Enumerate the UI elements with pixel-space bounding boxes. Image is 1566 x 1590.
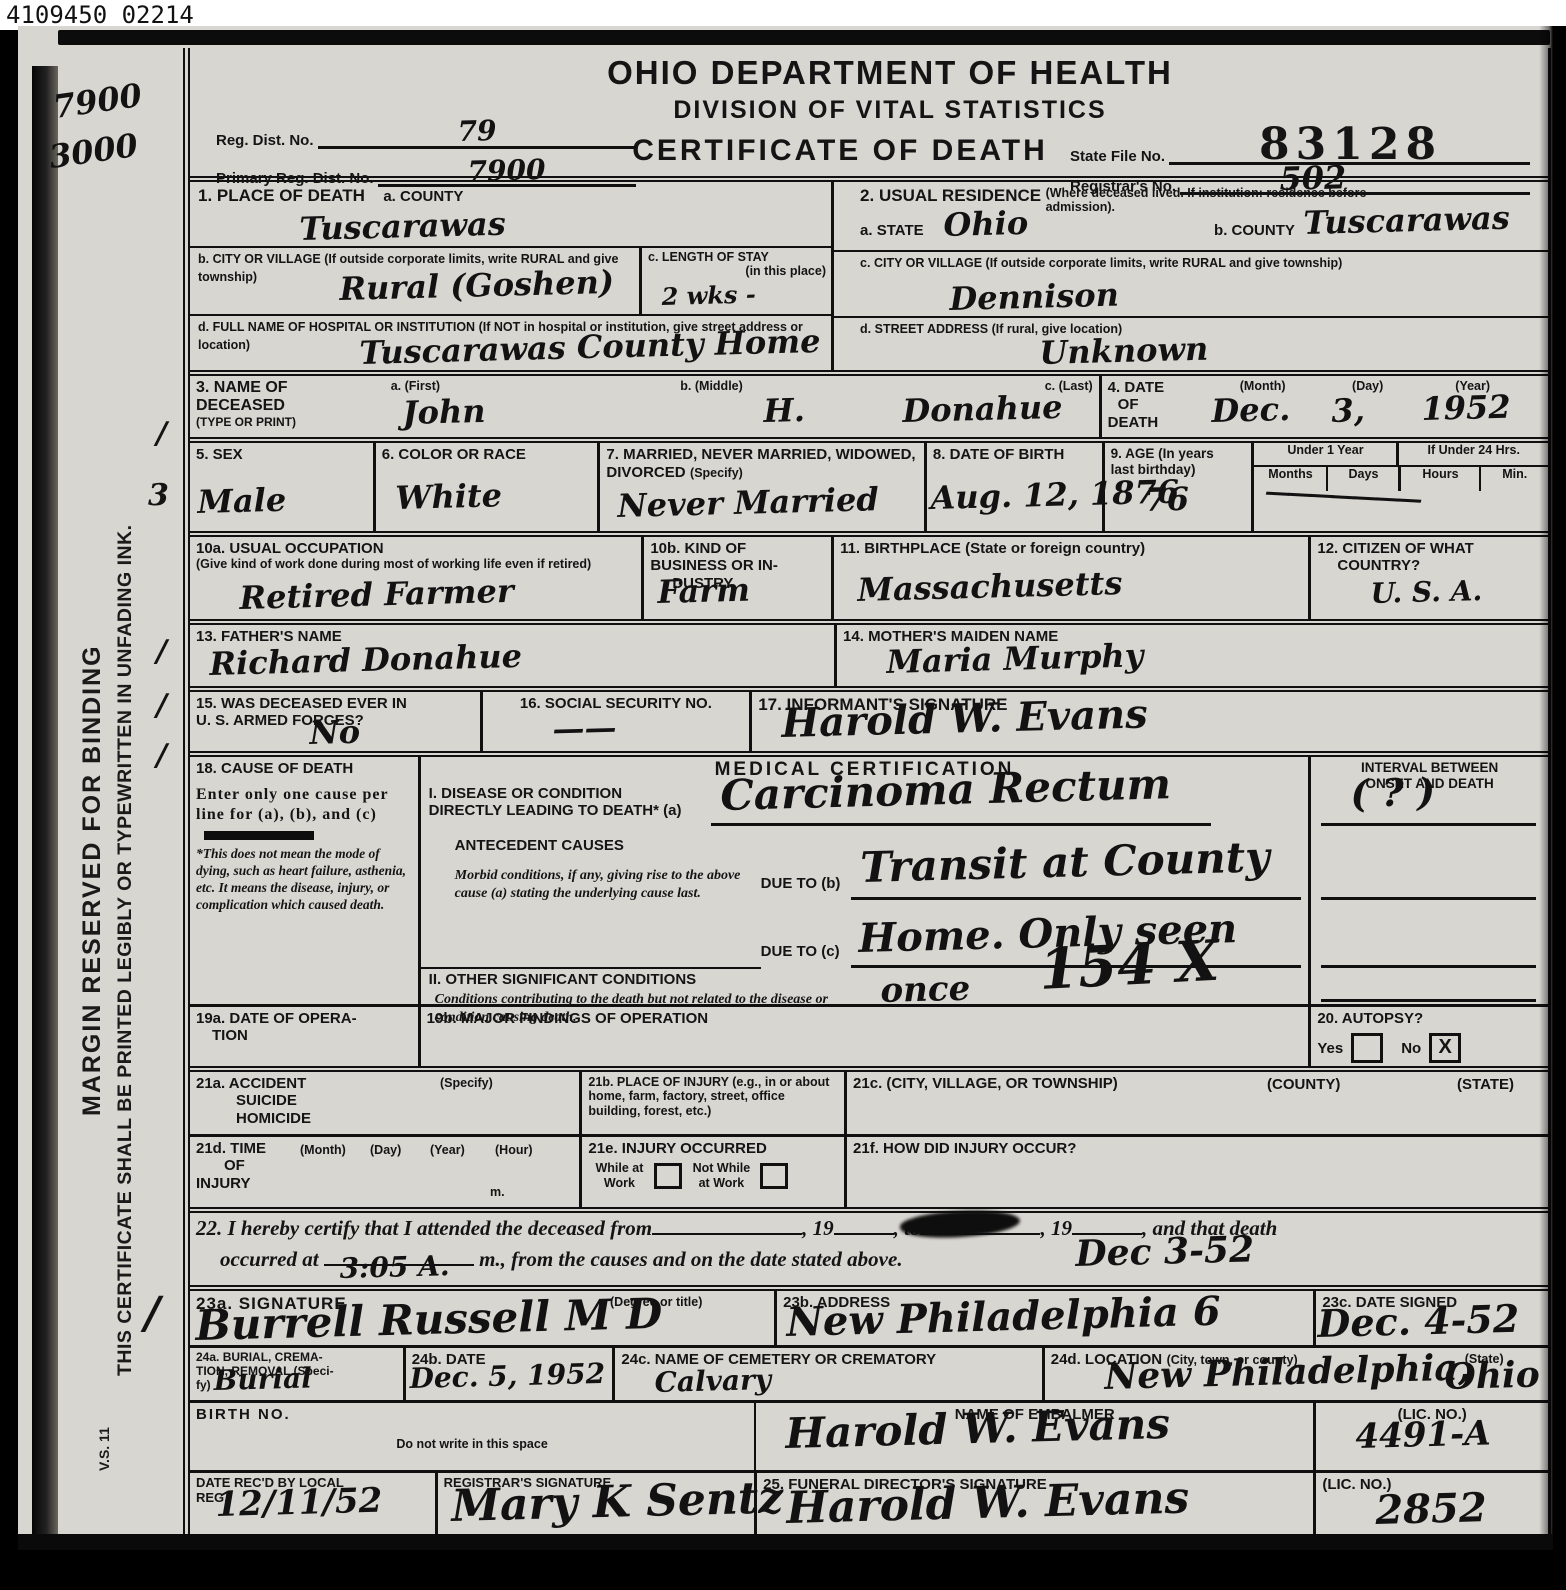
name-middle-field: b. (Middle) H. [674,376,899,437]
birthplace-field: 11. BIRTHPLACE (State or foreign country… [831,537,1308,619]
row-time-of-injury: 21d. TIME OF INJURY (Month) (Day) (Year)… [190,1137,1548,1213]
certify-statement: 22. I hereby certify that I attended the… [190,1213,1548,1285]
injury-city-field: 21c. (CITY, VILLAGE, OR TOWNSHIP) (COUNT… [844,1072,1548,1134]
place-of-death-section: 1. PLACE OF DEATH a. COUNTY Tuscarawas b… [190,182,831,370]
residence-city-field: c. CITY OR VILLAGE (If outside corporate… [860,254,1550,272]
occupation-field: 10a. USUAL OCCUPATION (Give kind of work… [190,537,641,619]
birthplace-value: Massachusetts [857,564,1123,609]
armed-forces-value: No [309,713,361,752]
section1-title: 1. PLACE OF DEATH [198,186,365,205]
reg-dist-field: Reg. Dist. No. 79 [216,110,636,149]
physician-address-field: 23b. ADDRESS New Philadelphia 6 [774,1291,1313,1345]
margin-tally-mark: / [156,634,167,669]
father-name-field: 13. FATHER'S NAME Richard Donahue [190,625,834,686]
registrar-signature-field: REGISTRAR'S SIGNATURE Mary K Sentz [435,1473,755,1542]
date-received-value: 12/11/52 [215,1481,383,1525]
birth-no-field: BIRTH NO. Do not write in this space [190,1403,754,1470]
how-injury-occurred-field: 21f. HOW DID INJURY OCCUR? [844,1137,1548,1207]
occupation-value: Retired Farmer [239,572,514,617]
row-medical-certification: 18. CAUSE OF DEATH Enter only one cause … [190,757,1548,1007]
residence-city-value: Dennison [949,276,1119,318]
citizenship-value: U. S. A. [1370,574,1482,610]
citizenship-field: 12. CITIZEN OF WHAT COUNTRY? U. S. A. [1308,537,1548,619]
time-of-injury-field: 21d. TIME OF INJURY (Month) (Day) (Year)… [190,1137,579,1207]
death-certificate-form: OHIO DEPARTMENT OF HEALTH DIVISION OF VI… [183,48,1551,1545]
other-conditions-value: once [880,969,971,1011]
form-header: OHIO DEPARTMENT OF HEALTH DIVISION OF VI… [190,48,1548,182]
place-city-field: b. CITY OR VILLAGE (If outside corporate… [190,248,642,314]
page-title: OHIO DEPARTMENT OF HEALTH [530,54,1250,92]
scan-right-edge [1539,26,1553,1550]
marital-status-field: 7. MARRIED, NEVER MARRIED, WIDOWED, DIVO… [597,443,924,531]
date-of-death-field: 4. DATE OF DEATH (Month) (Day) (Year) De… [1099,376,1548,437]
row-name-dateofdeath: 3. NAME OF DECEASED (TYPE OR PRINT) a. (… [190,376,1548,443]
date-signed-value: Dec. 4-52 [1317,1296,1520,1346]
autopsy-no-checkbox: X [1429,1033,1461,1063]
autopsy-yes-checkbox [1351,1033,1383,1063]
name-of-deceased-label: 3. NAME OF DECEASED (TYPE OR PRINT) [190,376,385,437]
scan-bottom-edge [18,1534,1553,1550]
name-last-field: c. (Last) Donahue [899,376,1099,437]
armed-forces-field: 15. WAS DECEASED EVER IN U. S. ARMED FOR… [190,692,480,751]
death-month-value: Dec. [1211,390,1291,430]
informant-field: 17. INFORMANT'S SIGNATURE Harold W. Evan… [749,692,1548,751]
color-race-field: 6. COLOR OR RACE White [373,443,598,531]
sidebar-divider-bar [204,831,314,840]
interval-column: INTERVAL BETWEEN ONSET AND DEATH ( ? ) [1308,757,1548,1004]
funeral-director-field: 25. FUNERAL DIRECTOR'S SIGNATURE Harold … [754,1473,1313,1542]
time-of-death-value: 3:05 A. [339,1249,450,1285]
row-occupation-birthplace: 10a. USUAL OCCUPATION (Give kind of work… [190,537,1548,625]
margin-tally-mark: / [156,738,167,773]
accident-suicide-field: 21a. ACCIDENT SUICIDE HOMICIDE (Specify) [190,1072,579,1134]
sex-field: 5. SEX Male [190,443,373,531]
sex-value: Male [197,481,287,521]
burial-type-value: Burial [213,1361,312,1397]
row-place-residence: 1. PLACE OF DEATH a. COUNTY Tuscarawas b… [190,182,1548,376]
residence-street-field: d. STREET ADDRESS (If rural, give locati… [860,320,1550,338]
hospital-field: d. FULL NAME OF HOSPITAL OR INSTITUTION … [190,316,832,376]
row-certify-statement: 22. I hereby certify that I attended the… [190,1213,1548,1291]
age-under-columns: Under 1 Year If Under 24 Hrs. Months Day… [1251,443,1548,531]
scan-top-margin [780,0,1566,26]
death-day-value: 3, [1331,391,1365,430]
business-kind-field: 10b. KIND OF BUSINESS OR IN- DUSTRY Farm [641,537,831,619]
funeral-director-signature-value: Harold W. Evans [786,1472,1190,1534]
row-physician-signature: 23a. SIGNATURE (Degree or title) Burrell… [190,1291,1548,1348]
name-first-field: a. (First) John [385,376,675,437]
physician-address-value: New Philadelphia 6 [786,1288,1221,1346]
ssn-field: 16. SOCIAL SECURITY NO. —— [480,692,750,751]
informant-signature-value: Harold W. Evans [781,690,1148,747]
row-forces-ssn-informant: 15. WAS DECEASED EVER IN U. S. ARMED FOR… [190,692,1548,757]
cemetery-field: 24c. NAME OF CEMETERY OR CREMATORY Calva… [612,1348,1041,1400]
row-embalmer: BIRTH NO. Do not write in this space NAM… [190,1403,1548,1473]
row-accident-place: 21a. ACCIDENT SUICIDE HOMICIDE (Specify)… [190,1072,1548,1137]
major-findings-field: 19b. MAJOR FINDINGS OF OPERATION [418,1007,1309,1066]
margin-tally-mark: 3 [148,478,169,513]
date-received-field: DATE REC'D BY LOCAL REG. 12/11/52 [190,1473,435,1542]
burial-date-value: Dec. 5, 1952 [409,1357,605,1395]
cause-a-value: Carcinoma Rectum [719,759,1171,820]
margin-number: 3000 [47,126,140,176]
stamp-154x: 154 X [1037,928,1220,1003]
burial-location-field: 24d. LOCATION (City, town, or county) (S… [1042,1348,1548,1400]
margin-tally-mark: / [156,416,167,451]
embalmer-lic-field: (LIC. NO.) 4491-A [1313,1403,1548,1470]
margin-tally-mark: / [156,688,167,723]
date-of-operation-field: 19a. DATE OF OPERA- TION [190,1007,418,1066]
injury-while-at-work-checkbox [654,1163,682,1189]
place-county-value: Tuscarawas [299,205,506,248]
funeral-director-lic-field: (LIC. NO.) 2852 [1313,1473,1548,1542]
burial-location-state-value: Ohio [1444,1354,1540,1398]
place-of-injury-field: 21b. PLACE OF INJURY (e.g., in or about … [579,1072,844,1134]
death-year-value: 1952 [1421,388,1511,428]
cause-b-value: Transit at County [859,832,1269,892]
section2-title: 2. USUAL RESIDENCE [860,186,1041,205]
business-kind-value: Farm [657,571,750,611]
registrar-signature-value: Mary K Sentz [450,1472,783,1532]
usual-residence-section: 2. USUAL RESIDENCE (Where deceased lived… [831,182,1548,370]
cemetery-value: Calvary [655,1363,772,1399]
embalmer-field: NAME OF EMBALMER Harold W. Evans [754,1403,1313,1470]
cause-note2: *This does not mean the mode of dying, s… [196,846,412,914]
embalmer-lic-value: 4491-A [1355,1413,1491,1457]
mother-name-field: 14. MOTHER'S MAIDEN NAME Maria Murphy [834,625,1548,686]
autopsy-field: 20. AUTOPSY? Yes No X [1308,1007,1548,1066]
burial-location-value: New Philadelphia, [1104,1346,1471,1398]
mother-name-value: Maria Murphy [886,636,1144,681]
date-signed-field: 23c. DATE SIGNED Dec. 4-52 [1313,1291,1548,1345]
injury-not-while-at-work-checkbox [760,1163,788,1189]
burial-date-field: 24b. DATE Dec. 5, 1952 [403,1348,613,1400]
place-city-value: Rural (Goshen) [339,263,615,308]
margin-tally-mark: / [144,1288,160,1339]
father-name-value: Richard Donahue [209,637,522,683]
form-code: V.S. 11 [96,1381,112,1471]
length-of-stay-field: c. LENGTH OF STAY (in this place) 2 wks … [642,248,832,314]
row-burial: 24a. BURIAL, CREMA- TION, REMOVAL (Speci… [190,1348,1548,1403]
residence-state-value: Ohio [943,204,1029,244]
certificate-page: 7900 3000 MARGIN RESERVED FOR BINDING TH… [18,26,1553,1550]
burial-type-field: 24a. BURIAL, CREMA- TION, REMOVAL (Speci… [190,1348,403,1400]
row-sex-race-age: 5. SEX Male 6. COLOR OR RACE White 7. MA… [190,443,1548,537]
reg-dist-value: 79 [457,114,497,148]
margin-number: 7900 [51,76,144,126]
injury-occurred-field: 21e. INJURY OCCURRED While atWork Not Wh… [579,1137,844,1207]
length-of-stay-value: 2 wks - [661,280,756,311]
date-of-birth-field: 8. DATE OF BIRTH Aug. 12, 1876 [924,443,1102,531]
interval-value: ( ? ) [1350,769,1436,816]
row-parents: 13. FATHER'S NAME Richard Donahue 14. MO… [190,625,1548,692]
cause-note1: Enter only one cause per line for (a), (… [196,785,412,825]
residence-county-value: Tuscarawas [1303,199,1510,242]
row-operation-autopsy: 19a. DATE OF OPERA- TION 19b. MAJOR FIND… [190,1007,1548,1072]
medical-certification-main: MEDICAL CERTIFICATION I. DISEASE OR COND… [418,757,1309,1004]
ssn-value: —— [552,708,617,748]
date-of-birth-value: Aug. 12, 1876 [930,473,1180,517]
cause-of-death-sidebar: 18. CAUSE OF DEATH Enter only one cause … [190,757,418,1004]
residence-street-value: Unknown [1039,330,1209,372]
embalmer-name-value: Harold W. Evans [785,1399,1171,1458]
funeral-director-lic-value: 2852 [1375,1484,1488,1534]
binding-shadow [32,66,58,1544]
margin-ink-text: THIS CERTIFICATE SHALL BE PRINTED LEGIBL… [114,236,137,1376]
certify-date-value: Dec 3-52 [1075,1228,1255,1275]
color-race-value: White [395,476,502,517]
name-first-value: John [402,392,486,432]
margin-binding-text: MARGIN RESERVED FOR BINDING [78,556,107,1116]
marital-status-value: Never Married [617,480,879,525]
scan-top-edge [58,30,1550,45]
do-not-write-note: Do not write in this space [196,1437,748,1451]
name-middle-value: H. [763,391,805,430]
physician-signature-field: 23a. SIGNATURE (Degree or title) Burrell… [190,1291,774,1345]
name-last-value: Donahue [902,388,1063,430]
